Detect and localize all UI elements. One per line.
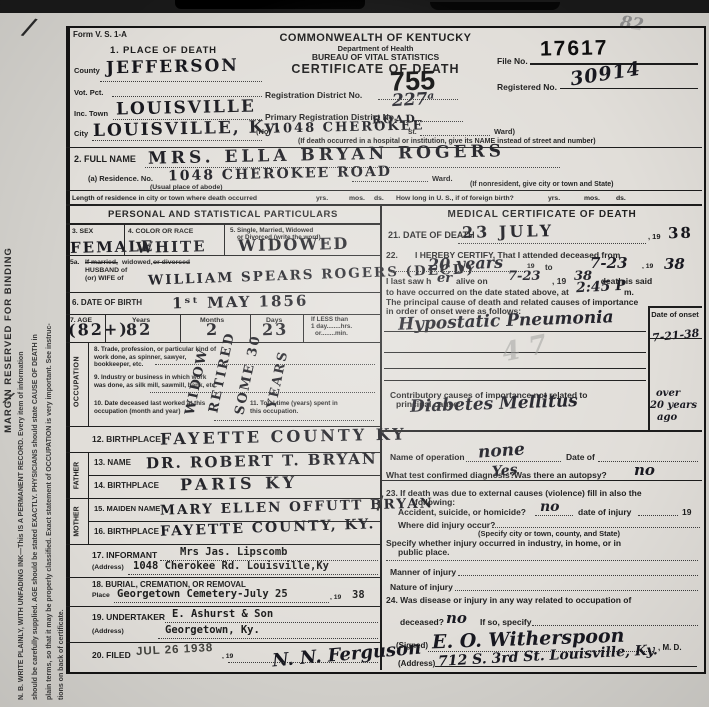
informant-label: 17. INFORMANT xyxy=(92,550,157,560)
informant-value: Mrs Jas. Lipscomb xyxy=(180,546,287,558)
city-value: LOUISVILLE, Ky. xyxy=(93,117,283,141)
cell-divider xyxy=(303,314,304,342)
father-birthplace-value: PARIS KY xyxy=(180,473,298,494)
age-less-note3: or........min. xyxy=(315,330,385,338)
street-road-value: ROAD xyxy=(372,113,417,127)
yrs-label: yrs. xyxy=(548,195,560,202)
margin-instructions-line3: plain terms, so that it may be properly … xyxy=(46,35,53,700)
yrs-label: yrs. xyxy=(316,195,328,202)
scan-edge-blob xyxy=(175,0,365,9)
rule-dotted xyxy=(92,140,262,141)
operation-label: Name of operation xyxy=(390,452,465,462)
burial-place-label: Place xyxy=(92,592,110,599)
filed-19-label: , 19 xyxy=(222,653,233,660)
autopsy-label: Was there an autopsy? xyxy=(514,470,607,480)
occupation-side-label: OCCUPATION xyxy=(74,349,81,415)
commonwealth-title: COMMONWEALTH OF KENTUCKY xyxy=(268,32,483,44)
where-injury-note: (Specify city or town, county, and State… xyxy=(478,529,620,538)
operation-value: none xyxy=(477,439,525,462)
occurred-text: to have occurred on the date stated abov… xyxy=(386,287,569,297)
specify-injury-label2: public place. xyxy=(398,547,450,557)
deceased-label: deceased? xyxy=(400,617,444,627)
rule xyxy=(66,190,702,191)
scan-edge-blob xyxy=(430,2,560,10)
date-of-death-value: 23 JULY xyxy=(462,221,554,242)
rule-dotted xyxy=(455,590,698,591)
registration-district-handwritten: 227ᵃ xyxy=(392,89,435,111)
mos-label: mos. xyxy=(584,195,600,202)
ward-label: Ward) xyxy=(494,127,515,136)
file-no-label: File No. xyxy=(497,56,528,66)
place-of-death-heading: 1. PLACE OF DEATH xyxy=(110,45,217,56)
residence-ward-label: Ward. xyxy=(432,174,453,183)
burial-value: Georgetown Cemetery-July 25 xyxy=(117,588,288,600)
rule xyxy=(66,204,702,206)
undertaker-address-value: Georgetown, Ky. xyxy=(165,624,260,636)
dod-year-value: 38 xyxy=(668,224,693,243)
contributory-onset2: 20 years xyxy=(650,400,697,411)
physician-address-label: (Address) xyxy=(398,659,435,668)
occupation-related-label: 24. Was disease or injury in any way rel… xyxy=(386,595,631,605)
contributory-onset3: ago xyxy=(657,412,677,423)
undertaker-value: E. Ashurst & Son xyxy=(172,608,273,620)
county-value: JEFFERSON xyxy=(106,56,239,79)
mos-label: mos. xyxy=(349,195,365,202)
onset-box-top xyxy=(648,306,702,308)
dod-19-label: , 19 xyxy=(648,232,661,241)
certify-year-value: 38 xyxy=(664,255,685,273)
rule xyxy=(66,255,380,256)
operation-date-label: Date of xyxy=(566,452,595,462)
margin-instructions-line1: N. B. WRITE PLAINLY, WITH UNFADING INK—T… xyxy=(18,35,25,700)
attended-to-value: 7-23 xyxy=(590,254,628,272)
ds-label: ds. xyxy=(374,195,384,202)
if-so-specify-label: If so, specify xyxy=(480,617,532,627)
cell-divider xyxy=(180,314,181,342)
lastsaw-her-value: er xyxy=(437,271,452,286)
husband-of-label: HUSBAND of xyxy=(85,267,127,274)
certify-to-label: to xyxy=(545,263,553,272)
rule-dotted xyxy=(420,135,490,136)
husband-number: 5a. xyxy=(70,259,79,266)
cause-rule xyxy=(650,338,702,339)
inc-town-value: LOUISVILLE xyxy=(116,97,256,120)
burial-year-value: 38 xyxy=(352,589,365,601)
cause-rule xyxy=(384,380,646,381)
file-no-stamp: 17617 xyxy=(540,36,609,61)
foreign-birth-label: How long in U. S., if of foreign birth? xyxy=(396,195,514,202)
lastsaw-19-label: , 19 xyxy=(552,276,566,286)
rule-dotted xyxy=(492,527,700,528)
rule-dotted xyxy=(155,364,375,365)
informant-address-label: (Address) xyxy=(92,564,124,571)
death-certificate-scan: MARGIN RESERVED FOR BINDING N. B. WRITE … xyxy=(0,0,709,707)
rule xyxy=(66,577,380,578)
birthplace-label: 12. BIRTHPLACE xyxy=(92,434,161,444)
cell-divider xyxy=(105,314,106,342)
death-time-value: 2:45 P xyxy=(576,278,627,297)
burial-19-label: , 19 xyxy=(330,594,341,601)
rule-dotted xyxy=(535,515,573,516)
cell-divider xyxy=(124,224,125,255)
certify-19b-label: , 19 xyxy=(642,263,653,270)
inc-town-label: Inc. Town xyxy=(74,109,108,118)
ds-label: ds. xyxy=(616,195,626,202)
onset-box-divider xyxy=(648,306,650,430)
rule xyxy=(560,88,698,89)
nonresident-note: (If nonresident, give city or town and S… xyxy=(470,181,614,188)
occupation-related-value: no xyxy=(446,609,467,627)
registered-no-label: Registered No. xyxy=(497,82,557,92)
mother-birthplace-label: 16. BIRTHPLACE xyxy=(94,527,159,536)
rule xyxy=(382,480,702,481)
dob-value: 1ˢᵗ MAY 1856 xyxy=(172,292,309,313)
personal-section-title: PERSONAL AND STATISTICAL PARTICULARS xyxy=(66,209,380,220)
cell-divider xyxy=(224,224,225,255)
sex-label: 3. SEX xyxy=(72,228,93,235)
certificate-title: CERTIFICATE OF DEATH xyxy=(268,62,483,76)
father-name-label: 13. NAME xyxy=(94,458,131,467)
rule-dotted xyxy=(638,515,678,516)
husband-label-struck1: If married, xyxy=(85,259,118,266)
rule-dotted xyxy=(128,574,378,575)
rule-dotted xyxy=(158,638,378,639)
residence-label: (a) Residence. No. xyxy=(88,174,153,183)
father-birthplace-label: 14. BIRTHPLACE xyxy=(94,481,159,490)
rule-dotted xyxy=(352,181,428,182)
lastsaw-text2: alive on xyxy=(456,276,488,286)
contributory-onset1: over xyxy=(656,388,680,399)
rule-dotted xyxy=(386,560,698,561)
medical-section-title: MEDICAL CERTIFICATE OF DEATH xyxy=(382,209,702,220)
rule-dotted xyxy=(100,81,262,82)
county-label: County xyxy=(74,66,100,75)
certify-number: 22. xyxy=(386,250,398,260)
rule-dotted xyxy=(390,271,525,272)
rule xyxy=(382,430,702,432)
dob-label: 6. DATE OF BIRTH xyxy=(72,298,142,307)
race-label: 4. COLOR OR RACE xyxy=(128,228,193,235)
rule xyxy=(66,314,380,315)
autopsy-value: no xyxy=(634,461,655,479)
date-of-onset-header: Date of onset xyxy=(650,310,700,319)
manner-of-injury-label: Manner of injury xyxy=(390,567,456,577)
filed-label: 20. FILED xyxy=(92,650,131,660)
rule-dotted xyxy=(378,99,458,100)
rule-dotted xyxy=(214,420,374,421)
following-label: following: xyxy=(415,497,455,507)
age-extra-value: (82+) xyxy=(68,319,129,339)
marital-value: WIDOWED xyxy=(238,234,350,255)
rule xyxy=(66,223,380,225)
race-value: WHITE xyxy=(136,237,207,256)
form-number: Form V. S. 1-A xyxy=(73,30,127,39)
lastsaw-date-value: 7-23 xyxy=(508,269,541,284)
undertaker-address-label: (Address) xyxy=(92,628,124,635)
md-label: , M. D. xyxy=(658,643,682,652)
rule xyxy=(66,606,380,607)
informant-address-value: 1048 Cherokee Rd. Louisville,Ky xyxy=(133,560,329,572)
registration-district-label: Registration District No. xyxy=(265,90,362,100)
lastsaw-text1: I last saw h xyxy=(386,276,431,286)
full-name-label: 2. FULL NAME xyxy=(74,154,136,164)
margin-instructions-line4: tions on back of certificate. xyxy=(58,480,65,700)
husband-label-struck2: or divorced xyxy=(153,259,190,266)
city-label: City xyxy=(74,129,88,138)
side-strip-divider xyxy=(88,342,89,426)
voting-precinct-label: Vot. Pct. xyxy=(74,88,103,97)
cause-rule xyxy=(384,368,646,369)
rule-dotted xyxy=(458,243,646,244)
rule xyxy=(66,642,380,643)
age-years-value: 82 xyxy=(126,320,153,340)
accident-label: Accident, suicide, or homicide? xyxy=(398,507,526,517)
wife-of-label: (or) WIFE of xyxy=(85,275,124,282)
rule-dotted xyxy=(114,602,329,603)
rule xyxy=(66,544,380,545)
rule xyxy=(435,666,697,667)
street-st-label: St. xyxy=(408,129,417,136)
bureau-title: BUREAU OF VITAL STATISTICS xyxy=(268,52,483,62)
residence-length-label: Length of residence in city or town wher… xyxy=(72,195,257,202)
rule-dotted xyxy=(165,622,378,623)
street-no-label: (No. xyxy=(256,127,271,136)
age-days-value: 23 xyxy=(262,320,289,340)
cause-rule xyxy=(384,331,646,332)
rule-dotted xyxy=(150,392,375,393)
rule-dotted xyxy=(228,662,378,663)
undertaker-label: 19. UNDERTAKER xyxy=(92,612,165,622)
accident-value: no xyxy=(540,499,560,515)
mother-maiden-label: 15. MAIDEN NAME xyxy=(94,504,160,513)
margin-instructions-line2: should be carefully supplied. AGE should… xyxy=(32,35,39,700)
age-months-value: 2 xyxy=(206,320,220,339)
binding-margin-note: MARGIN RESERVED FOR BINDING xyxy=(3,90,14,590)
injury-19-label: 19 xyxy=(682,507,691,517)
rule-dotted xyxy=(458,575,698,576)
signed-label: (Signed) xyxy=(396,641,428,650)
occurred-m-label: m. xyxy=(624,287,634,297)
date-of-injury-label: date of injury xyxy=(578,507,631,517)
husband-label-widowed: widowed, xyxy=(122,259,153,266)
nature-of-injury-label: Nature of injury xyxy=(390,582,453,592)
